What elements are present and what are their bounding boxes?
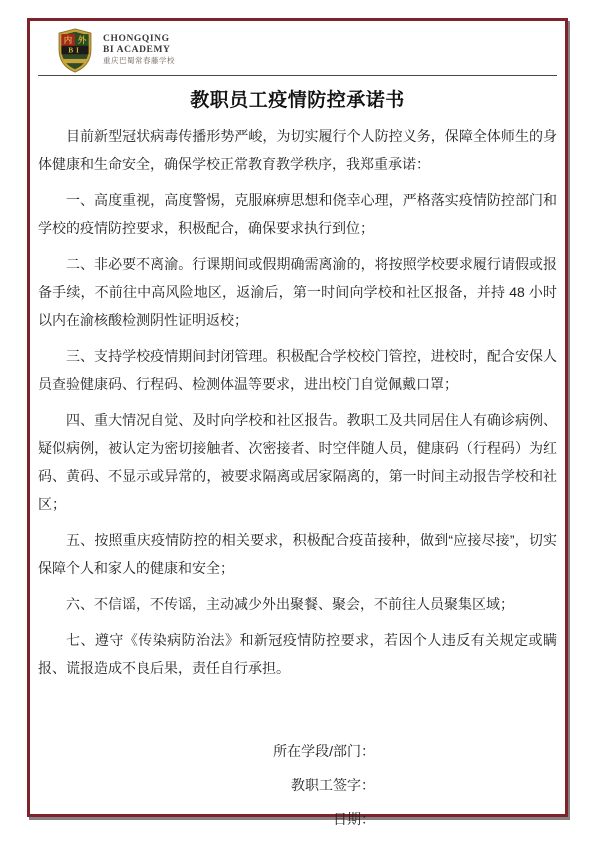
document-title: 教职员工疫情防控承诺书 bbox=[38, 85, 557, 112]
paragraph-item-7: 七、遵守《传染病防治法》和新冠疫情防控要求，若因个人违反有关规定或瞒报、谎报造成… bbox=[38, 626, 557, 682]
logo-text: CHONGQING BI ACADEMY 重庆巴蜀常春藤学校 bbox=[103, 34, 175, 65]
logo-name-line2: BI ACADEMY bbox=[103, 45, 175, 56]
svg-text:外: 外 bbox=[78, 35, 87, 45]
paragraph-item-2: 二、非必要不离渝。行课期间或假期确需离渝的，将按照学校要求履行请假或报备手续，不… bbox=[38, 250, 557, 334]
signature-line-staff: 教职工签字： bbox=[38, 768, 375, 802]
paragraph-intro: 目前新型冠状病毒传播形势严峻，为切实履行个人防控义务，保障全体师生的身体健康和生… bbox=[38, 122, 557, 178]
paragraph-item-5: 五、按照重庆疫情防控的相关要求，积极配合疫苗接种，做到“应接尽接”，切实保障个人… bbox=[38, 526, 557, 582]
paragraph-item-6: 六、不信谣，不传谣，主动减少外出聚餐、聚会，不前往人员聚集区域； bbox=[38, 590, 557, 618]
school-crest-icon: 内 外 BI bbox=[56, 28, 94, 73]
svg-text:内: 内 bbox=[64, 35, 73, 45]
logo-subtitle: 重庆巴蜀常春藤学校 bbox=[103, 57, 175, 66]
signature-line-date: 日期： bbox=[38, 802, 375, 836]
signature-block: 所在学段/部门： 教职工签字： 日期： bbox=[38, 734, 375, 836]
logo-name-line1: CHONGQING bbox=[103, 34, 175, 45]
svg-text:BI: BI bbox=[68, 45, 82, 54]
page-border-frame: 内 外 BI CHONGQING BI ACADEMY 重庆巴蜀常春藤学校 教职… bbox=[27, 18, 568, 817]
signature-line-department: 所在学段/部门： bbox=[38, 734, 375, 768]
paragraph-item-4: 四、重大情况自觉、及时向学校和社区报告。教职工及共同居住人有确诊病例、疑似病例，… bbox=[38, 406, 557, 518]
school-logo: 内 外 BI CHONGQING BI ACADEMY 重庆巴蜀常春藤学校 bbox=[56, 27, 557, 73]
header-divider bbox=[38, 75, 557, 76]
document-page: 内 外 BI CHONGQING BI ACADEMY 重庆巴蜀常春藤学校 教职… bbox=[0, 0, 595, 842]
paragraph-item-1: 一、高度重视，高度警惕，克服麻痹思想和侥幸心理，严格落实疫情防控部门和学校的疫情… bbox=[38, 186, 557, 242]
paragraph-item-3: 三、支持学校疫情期间封闭管理。积极配合学校校门管控，进校时，配合安保人员查验健康… bbox=[38, 342, 557, 398]
